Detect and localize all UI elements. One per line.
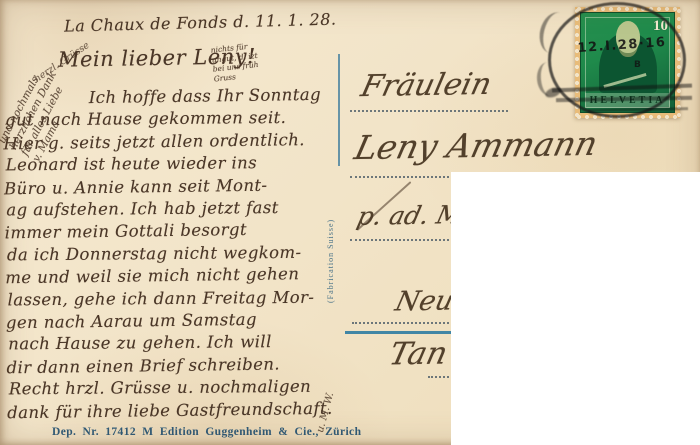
message-line: Leonard ist heute wieder ins xyxy=(6,152,342,177)
postcard-back: und nochmals herzlichen Dank für alles L… xyxy=(0,0,700,445)
message-line: da ich Donnerstag nicht wegkom- xyxy=(7,241,343,266)
publisher-imprint: Dep. Nr. 17412 M Edition Guggenheim & Ci… xyxy=(52,426,361,438)
message-line: lassen, gehe ich dann Freitag Mor- xyxy=(8,286,344,311)
message-line: Recht hrzl. Grüsse u. nochmaligen xyxy=(9,376,345,401)
message-line: ag aufstehen. Ich hab jetzt fast xyxy=(6,197,342,222)
postmark-office-letter: B xyxy=(634,60,641,70)
address-recipient-title: Fräulein xyxy=(358,67,495,104)
message-line: me und weil sie mich nicht gehen xyxy=(5,263,341,290)
fabrication-suisse-label: (Fabrication Suisse) xyxy=(326,163,335,303)
message-line: gut nach Hause gekommen seit. xyxy=(5,107,341,132)
message-line: dank für ihre liebe Gastfreundschaft. xyxy=(7,397,343,424)
address-place-line2: Tan xyxy=(386,336,451,373)
inserted-note: nichts für ungut, d. izt bei uns früh Gr… xyxy=(210,34,321,83)
redaction-box xyxy=(451,172,700,445)
address-place-line: Neu xyxy=(392,286,456,318)
message-line: nach Hause zu gehen. Ich will xyxy=(8,331,344,356)
address-recipient-name: Leny Ammann xyxy=(351,124,601,167)
address-rule xyxy=(350,110,508,112)
center-divider-line xyxy=(338,54,340,166)
message-body: Ich hoffe dass Ihr Sonntag gut nach Haus… xyxy=(0,84,343,425)
